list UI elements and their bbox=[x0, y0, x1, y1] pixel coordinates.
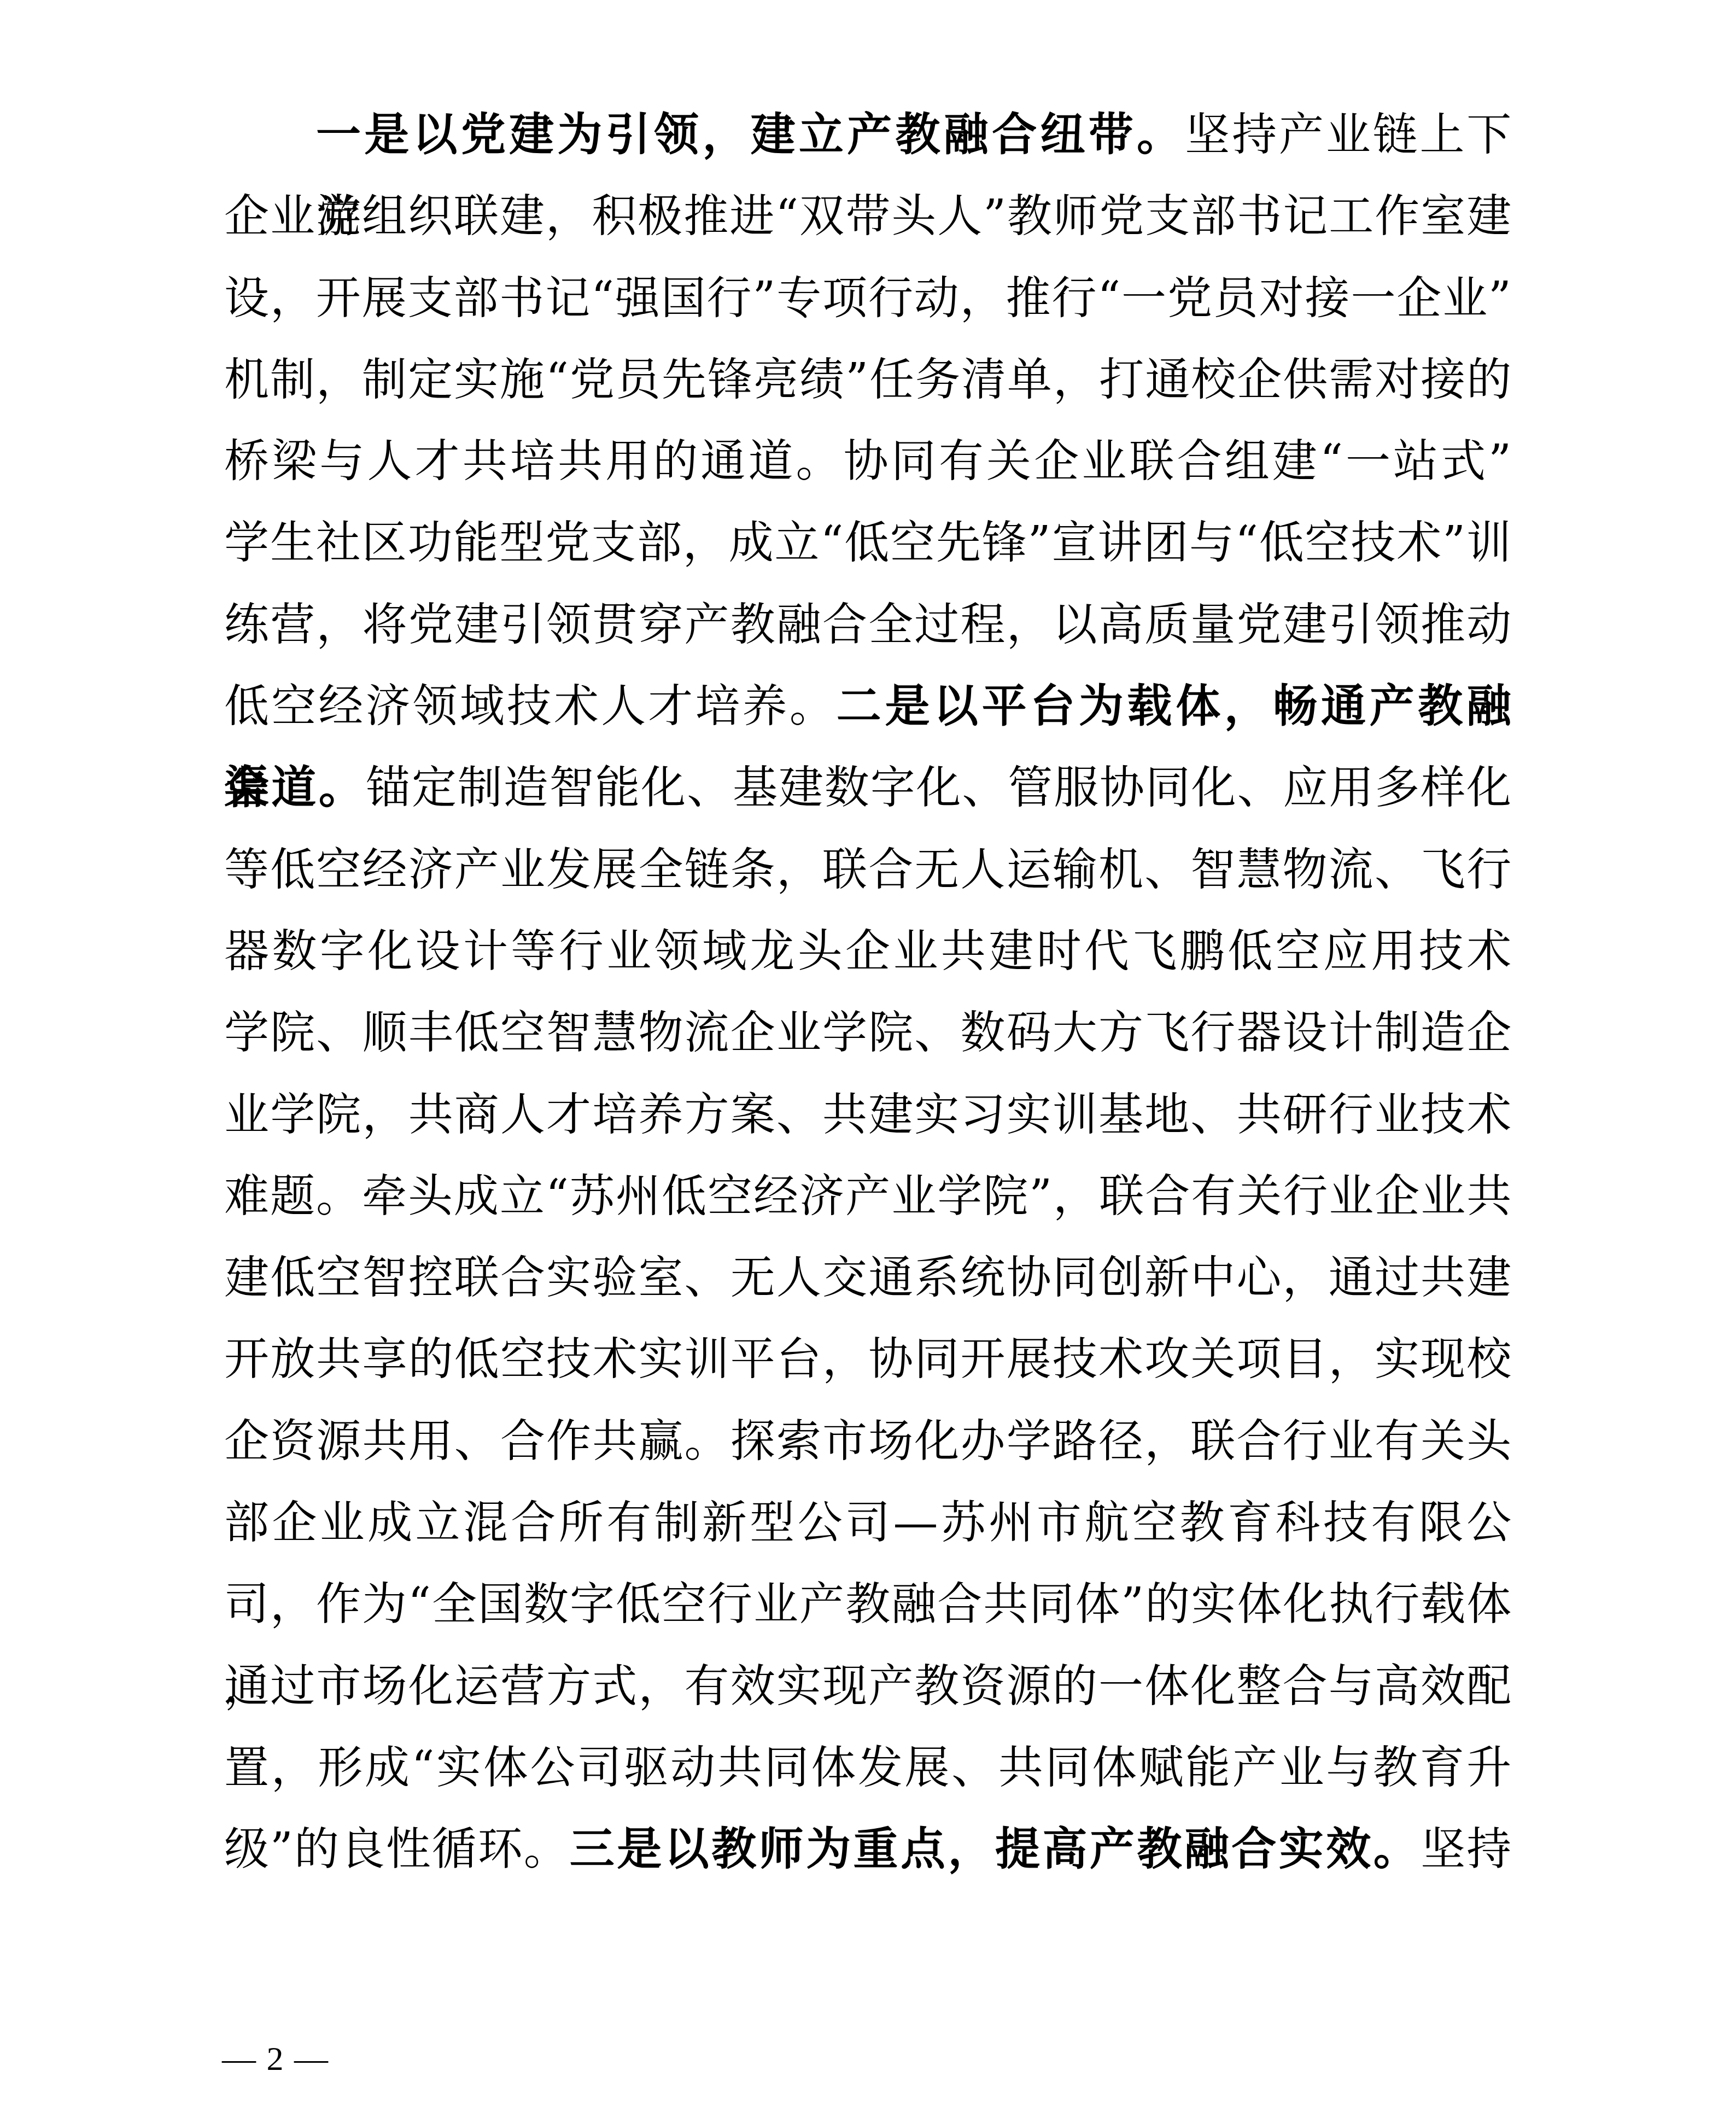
page-number: — 2 — bbox=[222, 2040, 329, 2078]
section-heading-three: 三 是 以 教 师 为 重 点 ， 提 高 产 教 融 合 实 效 。 bbox=[570, 1823, 1421, 1875]
section-heading-two-cont: 渠 道 。 bbox=[224, 761, 366, 814]
section-heading-one: 一 是 以 党 建 为 引 领 ， 建 立 产 教 融 合 纽 带 。 bbox=[316, 108, 1185, 161]
text-line-11: 器 数 字 化 设 计 等 行 业 领 域 龙 头 企 业 共 建 时 代 飞 … bbox=[224, 911, 1511, 992]
text-line-13: 业 学 院 ， 共 商 人 才 培 养 方 案 、 共 建 实 习 实 训 基 … bbox=[224, 1074, 1511, 1156]
text-line-14: 难 题 。 牵 头 成 立 “ 苏 州 低 空 经 济 产 业 学 院 ” ， … bbox=[224, 1156, 1511, 1237]
text-line-1: 一 是 以 党 建 为 引 领 ， 建 立 产 教 融 合 纽 带 。 坚 持 … bbox=[224, 94, 1511, 176]
text-segment: 桥 梁 与 人 才 共 培 共 用 的 通 道 。 协 同 有 关 企 业 联 … bbox=[224, 435, 1511, 487]
text-segment: 等 低 空 经 济 产 业 发 展 全 链 条 ， 联 合 无 人 运 输 机 … bbox=[224, 844, 1511, 896]
text-line-8: 低 空 经 济 领 域 技 术 人 才 培 养 。 二 是 以 平 台 为 载 … bbox=[224, 666, 1511, 747]
text-segment: 锚 定 制 造 智 能 化 、 基 建 数 字 化 、 管 服 协 同 化 、 … bbox=[366, 762, 1511, 814]
text-segment: 设 ， 开 展 支 部 书 记 “ 强 国 行 ” 专 项 行 动 ， 推 行 … bbox=[224, 272, 1511, 324]
text-line-6: 学 生 社 区 功 能 型 党 支 部 ， 成 立 “ 低 空 先 锋 ” 宣 … bbox=[224, 502, 1511, 584]
text-line-5: 桥 梁 与 人 才 共 培 共 用 的 通 道 。 协 同 有 关 企 业 联 … bbox=[224, 421, 1511, 502]
text-segment: 低 空 经 济 领 域 技 术 人 才 培 养 。 bbox=[224, 680, 837, 732]
text-segment: 难 题 。 牵 头 成 立 “ 苏 州 低 空 经 济 产 业 学 院 ” ， … bbox=[224, 1170, 1511, 1222]
text-segment: 建 低 空 智 控 联 合 实 验 室 、 无 人 交 通 系 统 协 同 创 … bbox=[224, 1252, 1511, 1304]
text-segment: 企 资 源 共 用 、 合 作 共 赢 。 探 索 市 场 化 办 学 路 径 … bbox=[224, 1415, 1511, 1467]
text-line-17: 企 资 源 共 用 、 合 作 共 赢 。 探 索 市 场 化 办 学 路 径 … bbox=[224, 1401, 1511, 1482]
body-paragraph: 一 是 以 党 建 为 引 领 ， 建 立 产 教 融 合 纽 带 。 坚 持 … bbox=[224, 94, 1511, 1891]
text-line-21: 置 ， 形 成 “ 实 体 公 司 驱 动 共 同 体 发 展 、 共 同 体 … bbox=[224, 1727, 1511, 1808]
text-segment: 置 ， 形 成 “ 实 体 公 司 驱 动 共 同 体 发 展 、 共 同 体 … bbox=[224, 1742, 1511, 1794]
text-segment: 器 数 字 化 设 计 等 行 业 领 域 龙 头 企 业 共 建 时 代 飞 … bbox=[224, 925, 1511, 977]
text-line-4: 机 制 ， 制 定 实 施 “ 党 员 先 锋 亮 绩 ” 任 务 清 单 ， … bbox=[224, 339, 1511, 421]
text-line-7: 练 营 ， 将 党 建 引 领 贯 穿 产 教 融 合 全 过 程 ， 以 高 … bbox=[224, 584, 1511, 666]
text-segment: 开 放 共 享 的 低 空 技 术 实 训 平 台 ， 协 同 开 展 技 术 … bbox=[224, 1333, 1511, 1385]
text-line-12: 学 院 、 顺 丰 低 空 智 慧 物 流 企 业 学 院 、 数 码 大 方 … bbox=[224, 992, 1511, 1073]
document-page: 一 是 以 党 建 为 引 领 ， 建 立 产 教 融 合 纽 带 。 坚 持 … bbox=[0, 0, 1736, 2112]
text-line-18: 部 企 业 成 立 混 合 所 有 制 新 型 公 司 — 苏 州 市 航 空 … bbox=[224, 1482, 1511, 1563]
text-segment: 部 企 业 成 立 混 合 所 有 制 新 型 公 司 — 苏 州 市 航 空 … bbox=[224, 1497, 1511, 1549]
text-segment: 通 过 市 场 化 运 营 方 式 ， 有 效 实 现 产 教 资 源 的 一 … bbox=[224, 1660, 1511, 1712]
text-line-16: 开 放 共 享 的 低 空 技 术 实 训 平 台 ， 协 同 开 展 技 术 … bbox=[224, 1318, 1511, 1400]
text-segment: 学 院 、 顺 丰 低 空 智 慧 物 流 企 业 学 院 、 数 码 大 方 … bbox=[224, 1007, 1511, 1059]
text-segment: 练 营 ， 将 党 建 引 领 贯 穿 产 教 融 合 全 过 程 ， 以 高 … bbox=[224, 599, 1511, 651]
text-segment: 坚 持 bbox=[1421, 1823, 1511, 1875]
text-segment: 学 生 社 区 功 能 型 党 支 部 ， 成 立 “ 低 空 先 锋 ” 宣 … bbox=[224, 517, 1511, 569]
text-line-20: 通 过 市 场 化 运 营 方 式 ， 有 效 实 现 产 教 资 源 的 一 … bbox=[224, 1646, 1511, 1727]
text-line-9: 渠 道 。 锚 定 制 造 智 能 化 、 基 建 数 字 化 、 管 服 协 … bbox=[224, 747, 1511, 829]
text-line-3: 设 ， 开 展 支 部 书 记 “ 强 国 行 ” 专 项 行 动 ， 推 行 … bbox=[224, 258, 1511, 339]
text-line-19: 司 ， 作 为 “ 全 国 数 字 低 空 行 业 产 教 融 合 共 同 体 … bbox=[224, 1563, 1511, 1645]
text-line-10: 等 低 空 经 济 产 业 发 展 全 链 条 ， 联 合 无 人 运 输 机 … bbox=[224, 829, 1511, 911]
text-segment: 业 学 院 ， 共 商 人 才 培 养 方 案 、 共 建 实 习 实 训 基 … bbox=[224, 1089, 1511, 1141]
text-line-22: 级 ” 的 良 性 循 环 。 三 是 以 教 师 为 重 点 ， 提 高 产 … bbox=[224, 1808, 1511, 1890]
text-line-15: 建 低 空 智 控 联 合 实 验 室 、 无 人 交 通 系 统 协 同 创 … bbox=[224, 1237, 1511, 1318]
text-segment: 级 ” 的 良 性 循 环 。 bbox=[224, 1823, 570, 1875]
text-line-2: 企 业 党 组 织 联 建 ， 积 极 推 进 “ 双 带 头 人 ” 教 师 … bbox=[224, 176, 1511, 257]
text-segment: 企 业 党 组 织 联 建 ， 积 极 推 进 “ 双 带 头 人 ” 教 师 … bbox=[224, 190, 1511, 242]
text-segment: 机 制 ， 制 定 实 施 “ 党 员 先 锋 亮 绩 ” 任 务 清 单 ， … bbox=[224, 354, 1511, 406]
